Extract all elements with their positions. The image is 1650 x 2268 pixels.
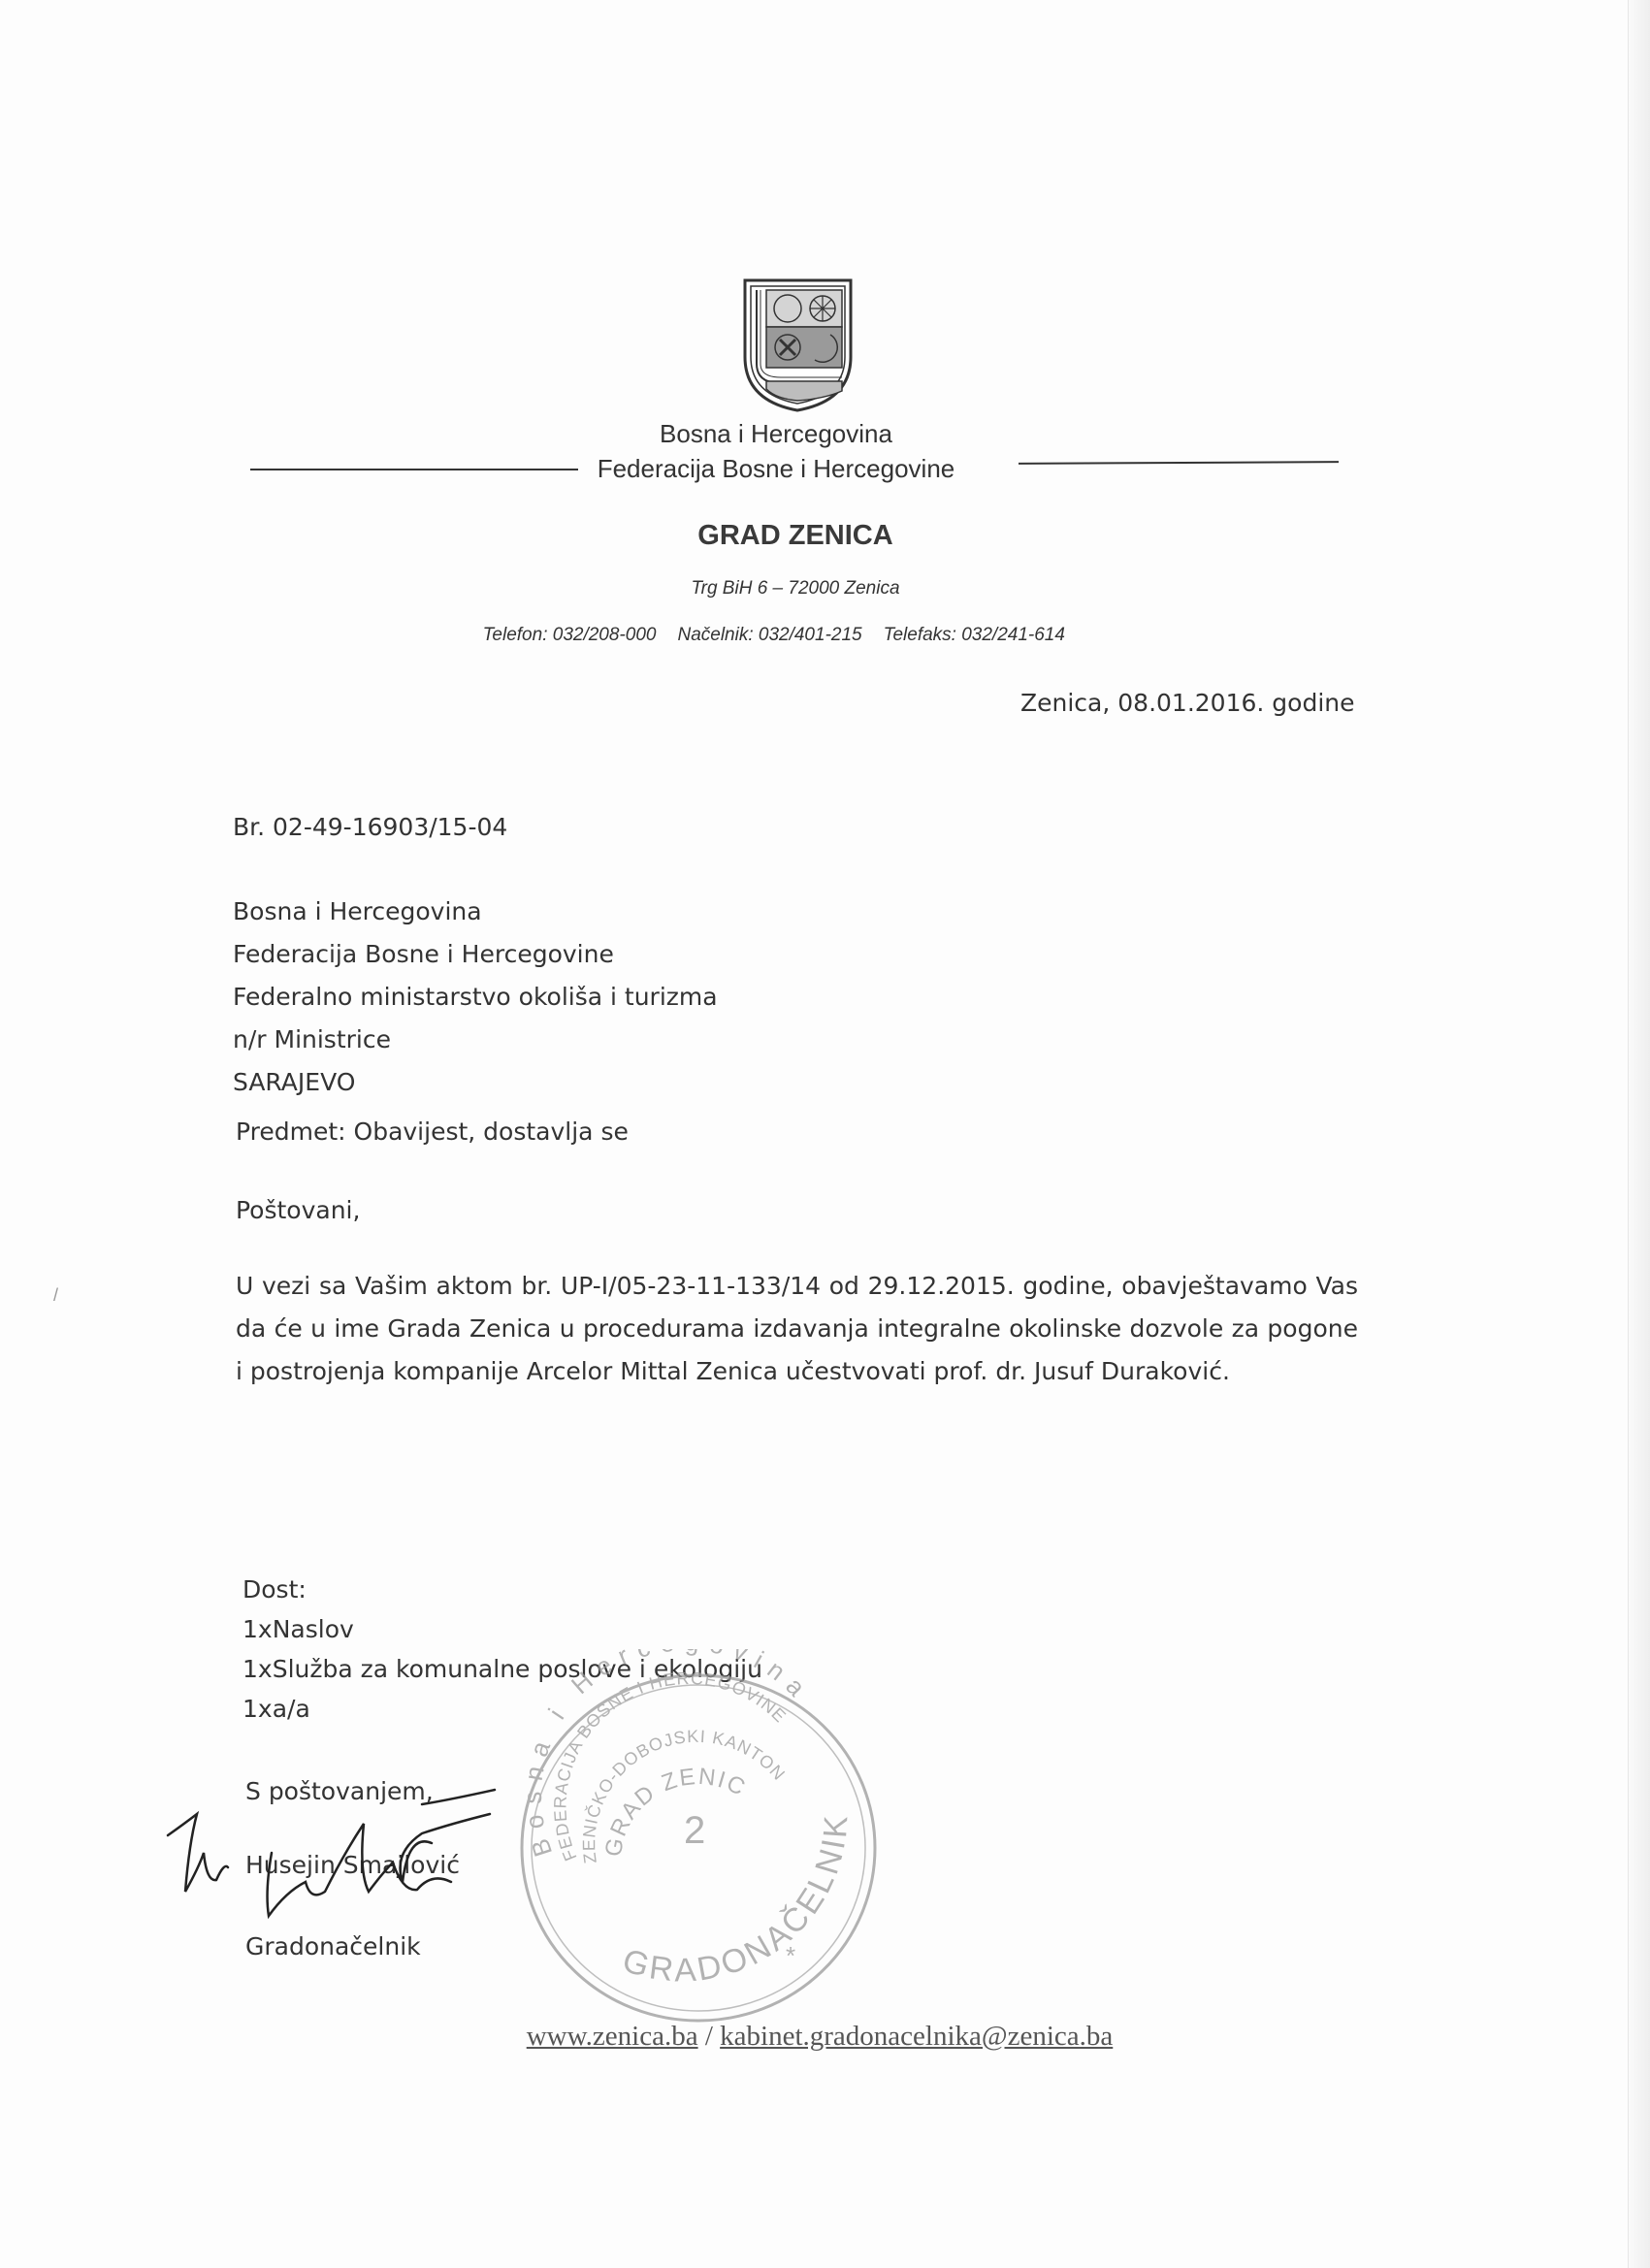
recipient-line: SARAJEVO <box>233 1061 718 1104</box>
official-stamp-icon: Bosna i Hercegovina FEDERACIJA BOSNE I H… <box>495 1649 902 2037</box>
stamp-title: GRADONAČELNIK <box>618 1812 855 1990</box>
reference-number: Br. 02-49-16903/15-04 <box>233 813 507 841</box>
stamp-star: * <box>786 1941 795 1970</box>
recipient-line: Federalno ministarstvo okoliša i turizma <box>233 976 718 1019</box>
footer-contacts: www.zenica.ba / kabinet.gradonacelnika@z… <box>0 2021 1639 2053</box>
header-country: Bosna i Hercegovina <box>0 419 1552 449</box>
distribution-item: 1xNaslov <box>243 1609 762 1649</box>
header-address: Trg BiH 6 – 72000 Zenica <box>0 578 1591 599</box>
svg-text:GRADONAČELNIK: GRADONAČELNIK <box>618 1812 855 1990</box>
greeting: Poštovani, <box>236 1196 360 1224</box>
contact-fax: Telefaks: 032/241-614 <box>884 625 1065 645</box>
subject-line: Predmet: Obavijest, dostavlja se <box>236 1118 629 1146</box>
scan-mark: / <box>53 1285 58 1306</box>
handwritten-signature-icon <box>160 1775 529 1921</box>
contact-phone: Telefon: 032/208-000 <box>483 625 657 645</box>
city-title: GRAD ZENICA <box>0 520 1591 552</box>
recipient-line: Bosna i Hercegovina <box>233 891 718 933</box>
letter-date: Zenica, 08.01.2016. godine <box>1020 689 1355 717</box>
scan-edge <box>1628 0 1650 2268</box>
distribution-label: Dost: <box>243 1570 762 1609</box>
recipient-line: Federacija Bosne i Hercegovine <box>233 933 718 976</box>
email-link[interactable]: kabinet.gradonacelnika@zenica.ba <box>720 2021 1113 2052</box>
recipient-line: n/r Ministrice <box>233 1019 718 1061</box>
website-link[interactable]: www.zenica.ba <box>527 2021 698 2052</box>
recipient-block: Bosna i Hercegovina Federacija Bosne i H… <box>233 891 718 1104</box>
header-contacts: Telefon: 032/208-000Načelnik: 032/401-21… <box>472 603 1086 646</box>
stamp-number: 2 <box>684 1809 705 1852</box>
header-federation: Federacija Bosne i Hercegovine <box>0 454 1552 484</box>
contact-mayor: Načelnik: 032/401-215 <box>677 625 861 645</box>
signer-role: Gradonačelnik <box>245 1932 421 1960</box>
body-paragraph: U vezi sa Vašim aktom br. UP-I/05-23-11-… <box>236 1265 1358 1393</box>
footer-separator: / <box>698 2021 721 2052</box>
coat-of-arms-icon <box>737 275 858 415</box>
